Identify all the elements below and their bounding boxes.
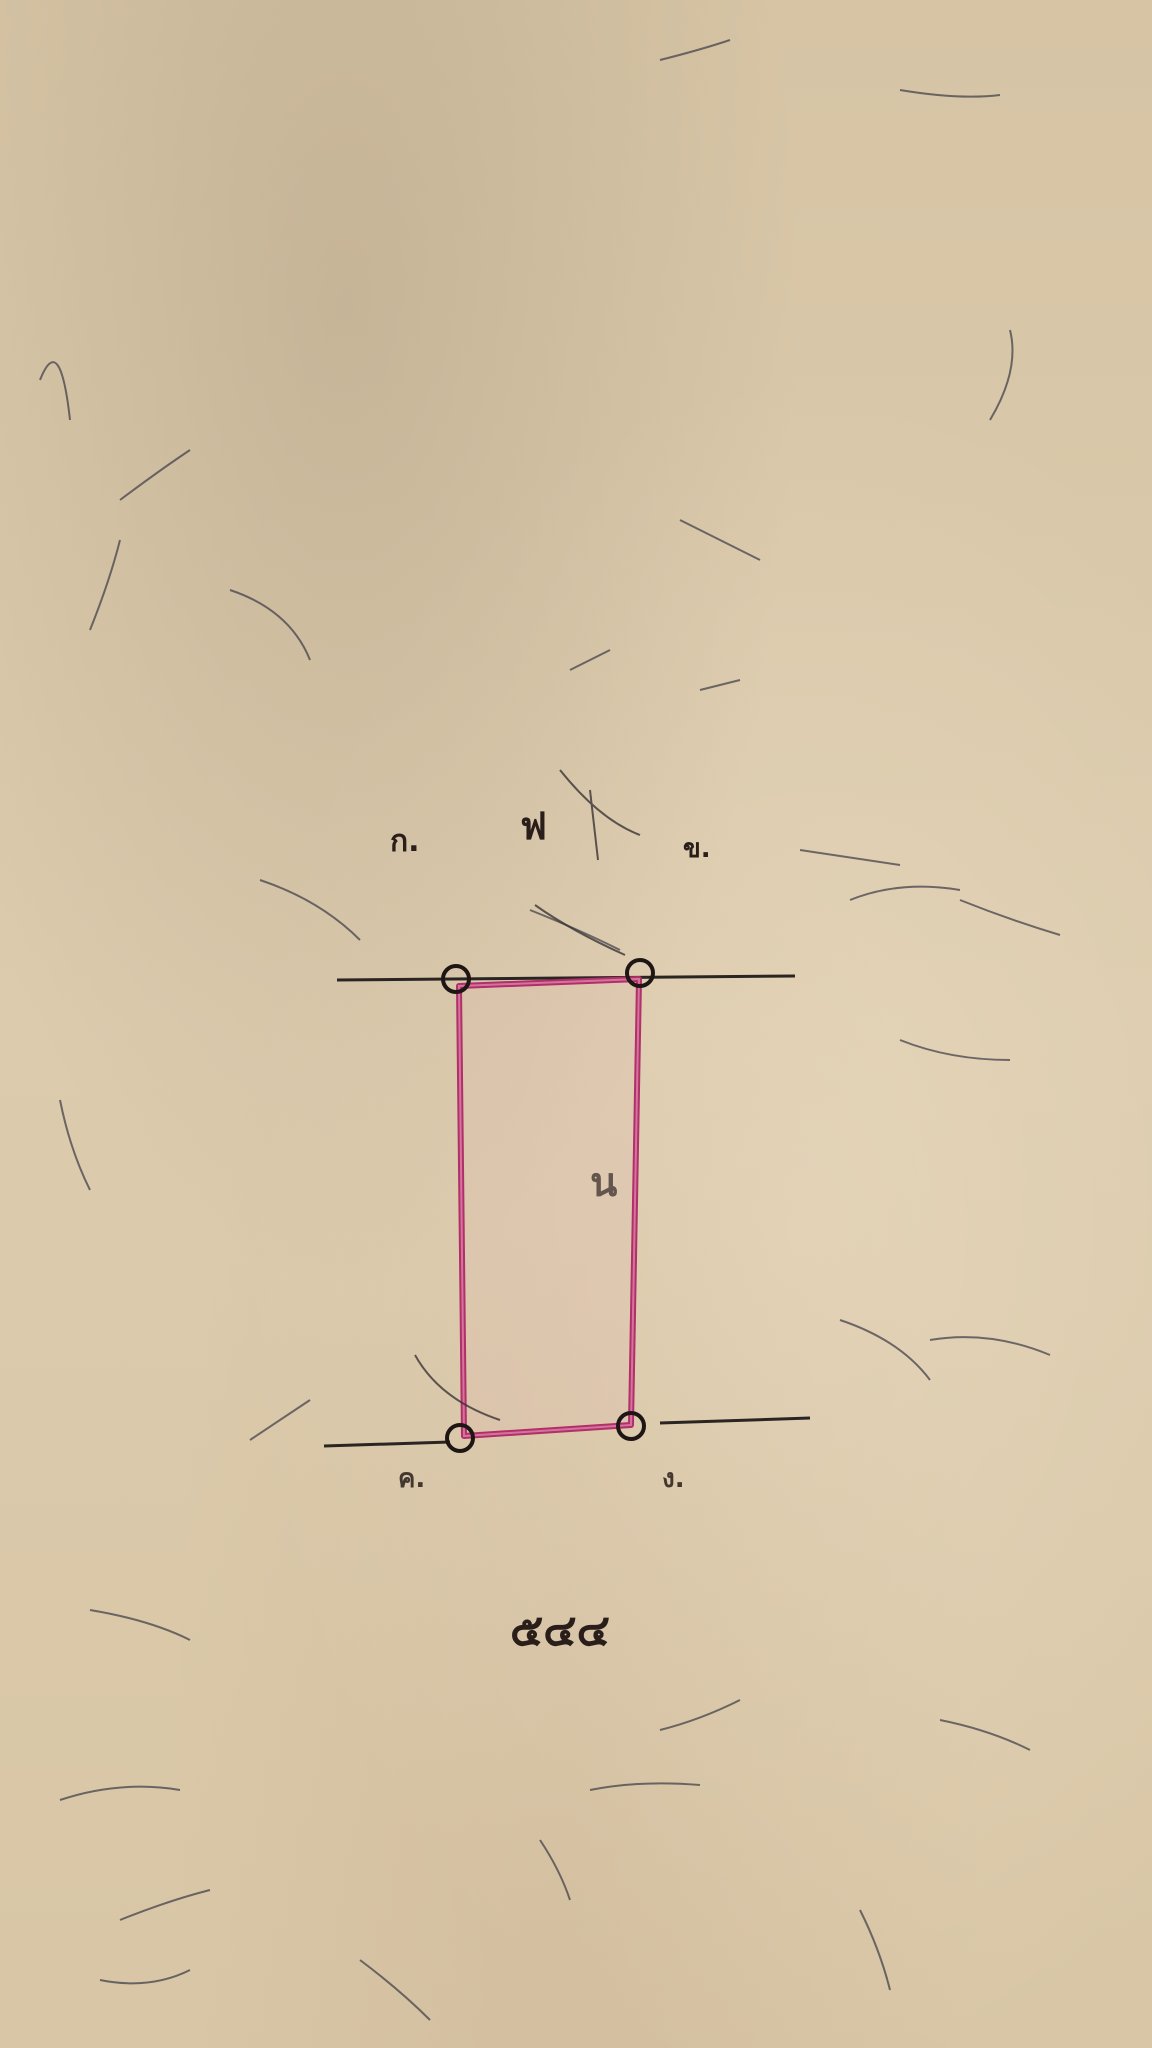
corner-label-top-right: ข. xyxy=(683,828,711,869)
corner-label-bottom-left: ค. xyxy=(398,1458,425,1499)
north-marker-icon: ฟ xyxy=(520,795,547,856)
bottom-right-reference-line xyxy=(660,1418,810,1423)
corner-label-bottom-right: ง. xyxy=(662,1458,685,1499)
plot-number: ๕๔๔ xyxy=(510,1595,610,1665)
corner-label-top-left: ก. xyxy=(390,818,420,865)
inner-mark: น xyxy=(590,1150,617,1214)
bottom-left-reference-line xyxy=(324,1442,450,1446)
plot-drawing xyxy=(0,0,1152,2048)
